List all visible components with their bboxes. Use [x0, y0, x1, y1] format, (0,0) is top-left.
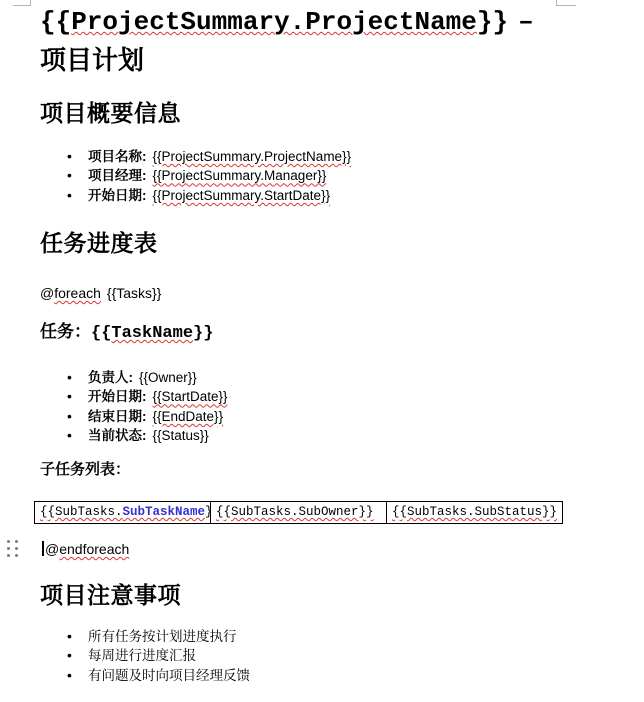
cell-prefix: {{SubTasks.: [40, 505, 123, 519]
bullet-label: 项目经理:: [88, 168, 147, 183]
heading-subtask-list: 子任务列表：: [40, 460, 130, 480]
note-text: 每周进行进度汇报: [88, 648, 196, 663]
task-brace-close: }}: [193, 324, 213, 343]
bullet-label: 负责人:: [88, 370, 133, 385]
list-item: 每周进行进度汇报: [40, 646, 250, 665]
title-placeholder: ProjectSummary.ProjectName: [71, 7, 477, 37]
list-item: 开始日期:{{StartDate}}: [40, 387, 228, 406]
bullet-label: 开始日期:: [88, 188, 147, 203]
bullet-placeholder: {{Owner}}: [139, 370, 197, 385]
bullet-placeholder: {{EndDate}}: [153, 409, 224, 424]
cell-suffix: }}: [205, 505, 210, 519]
bullet-placeholder: {{StartDate}}: [153, 389, 228, 404]
task-placeholder-wrap: {{TaskName}}: [91, 324, 213, 343]
endforeach-directive: @endforeach: [45, 540, 129, 558]
summary-bullet-list: 项目名称:{{ProjectSummary.ProjectName}} 项目经理…: [40, 147, 351, 205]
heading-task-schedule: 任务进度表: [40, 230, 158, 256]
list-item: 负责人:{{Owner}}: [40, 368, 228, 387]
subtask-owner-cell: {{SubTasks.SubOwner}}: [211, 502, 387, 524]
bullet-placeholder: {{Status}}: [153, 428, 209, 443]
at-sign: @: [40, 285, 54, 301]
word-document-page: {{ProjectSummary.ProjectName}}–项目计划 项目概要…: [0, 0, 644, 702]
cell-placeholder: {{SubTasks.SubStatus}}: [392, 505, 557, 519]
foreach-directive: @foreach{{Tasks}}: [40, 284, 161, 302]
list-item: 有问题及时向项目经理反馈: [40, 666, 250, 685]
title-brace-open: {{: [40, 7, 71, 37]
bullet-label: 结束日期:: [88, 409, 147, 424]
paragraph-drag-handle-icon[interactable]: [7, 540, 18, 557]
note-text: 有问题及时向项目经理反馈: [88, 668, 250, 683]
title-line2: 项目计划: [40, 47, 144, 77]
task-bullet-list: 负责人:{{Owner}} 开始日期:{{StartDate}} 结束日期:{{…: [40, 368, 228, 446]
title-brace-close: }}: [477, 7, 508, 37]
list-item: 所有任务按计划进度执行: [40, 627, 250, 646]
bullet-placeholder: {{ProjectSummary.Manager}}: [153, 168, 327, 183]
document-title: {{ProjectSummary.ProjectName}}–项目计划: [40, 2, 534, 82]
list-item: 项目名称:{{ProjectSummary.ProjectName}}: [40, 147, 351, 166]
bullet-placeholder: {{ProjectSummary.ProjectName}}: [153, 149, 352, 164]
subtask-status-cell: {{SubTasks.SubStatus}}: [387, 502, 563, 524]
list-item: 开始日期:{{ProjectSummary.StartDate}}: [40, 186, 351, 205]
list-item: 项目经理:{{ProjectSummary.Manager}}: [40, 166, 351, 185]
subtask-name-cell: {{SubTasks.SubTaskName}}: [35, 502, 211, 524]
boundary-mark-left-vertical: [30, 0, 31, 6]
foreach-argument: {{Tasks}}: [107, 285, 162, 301]
heading-project-notes: 项目注意事项: [40, 582, 181, 608]
bullet-label: 当前状态:: [88, 428, 147, 443]
cell-placeholder: {{SubTasks.SubOwner}}: [216, 505, 374, 519]
subtaskname-token: SubTaskName: [123, 505, 206, 519]
foreach-keyword: foreach: [54, 285, 101, 301]
notes-bullet-list: 所有任务按计划进度执行 每周进行进度汇报 有问题及时向项目经理反馈: [40, 627, 250, 685]
bullet-label: 开始日期:: [88, 389, 147, 404]
list-item: 结束日期:{{EndDate}}: [40, 407, 228, 426]
subtask-table: {{SubTasks.SubTaskName}} {{SubTasks.SubO…: [34, 501, 563, 524]
heading-task: 任务：{{TaskName}}: [40, 320, 213, 346]
note-text: 所有任务按计划进度执行: [88, 629, 237, 644]
bullet-label: 项目名称:: [88, 149, 147, 164]
boundary-mark-left-horizontal: [13, 5, 31, 6]
title-dash: –: [518, 7, 534, 37]
table-row: {{SubTasks.SubTaskName}} {{SubTasks.SubO…: [35, 502, 563, 524]
bullet-placeholder: {{ProjectSummary.StartDate}}: [153, 188, 331, 203]
task-label: 任务：: [40, 322, 91, 341]
at-sign: @: [45, 541, 59, 557]
heading-project-summary: 项目概要信息: [40, 100, 181, 126]
task-name-placeholder: TaskName: [111, 324, 193, 343]
endforeach-keyword: endforeach: [59, 541, 129, 557]
task-brace-open: {{: [91, 324, 111, 343]
boundary-mark-right-horizontal: [556, 5, 576, 6]
text-cursor: [42, 541, 44, 556]
list-item: 当前状态:{{Status}}: [40, 426, 228, 445]
